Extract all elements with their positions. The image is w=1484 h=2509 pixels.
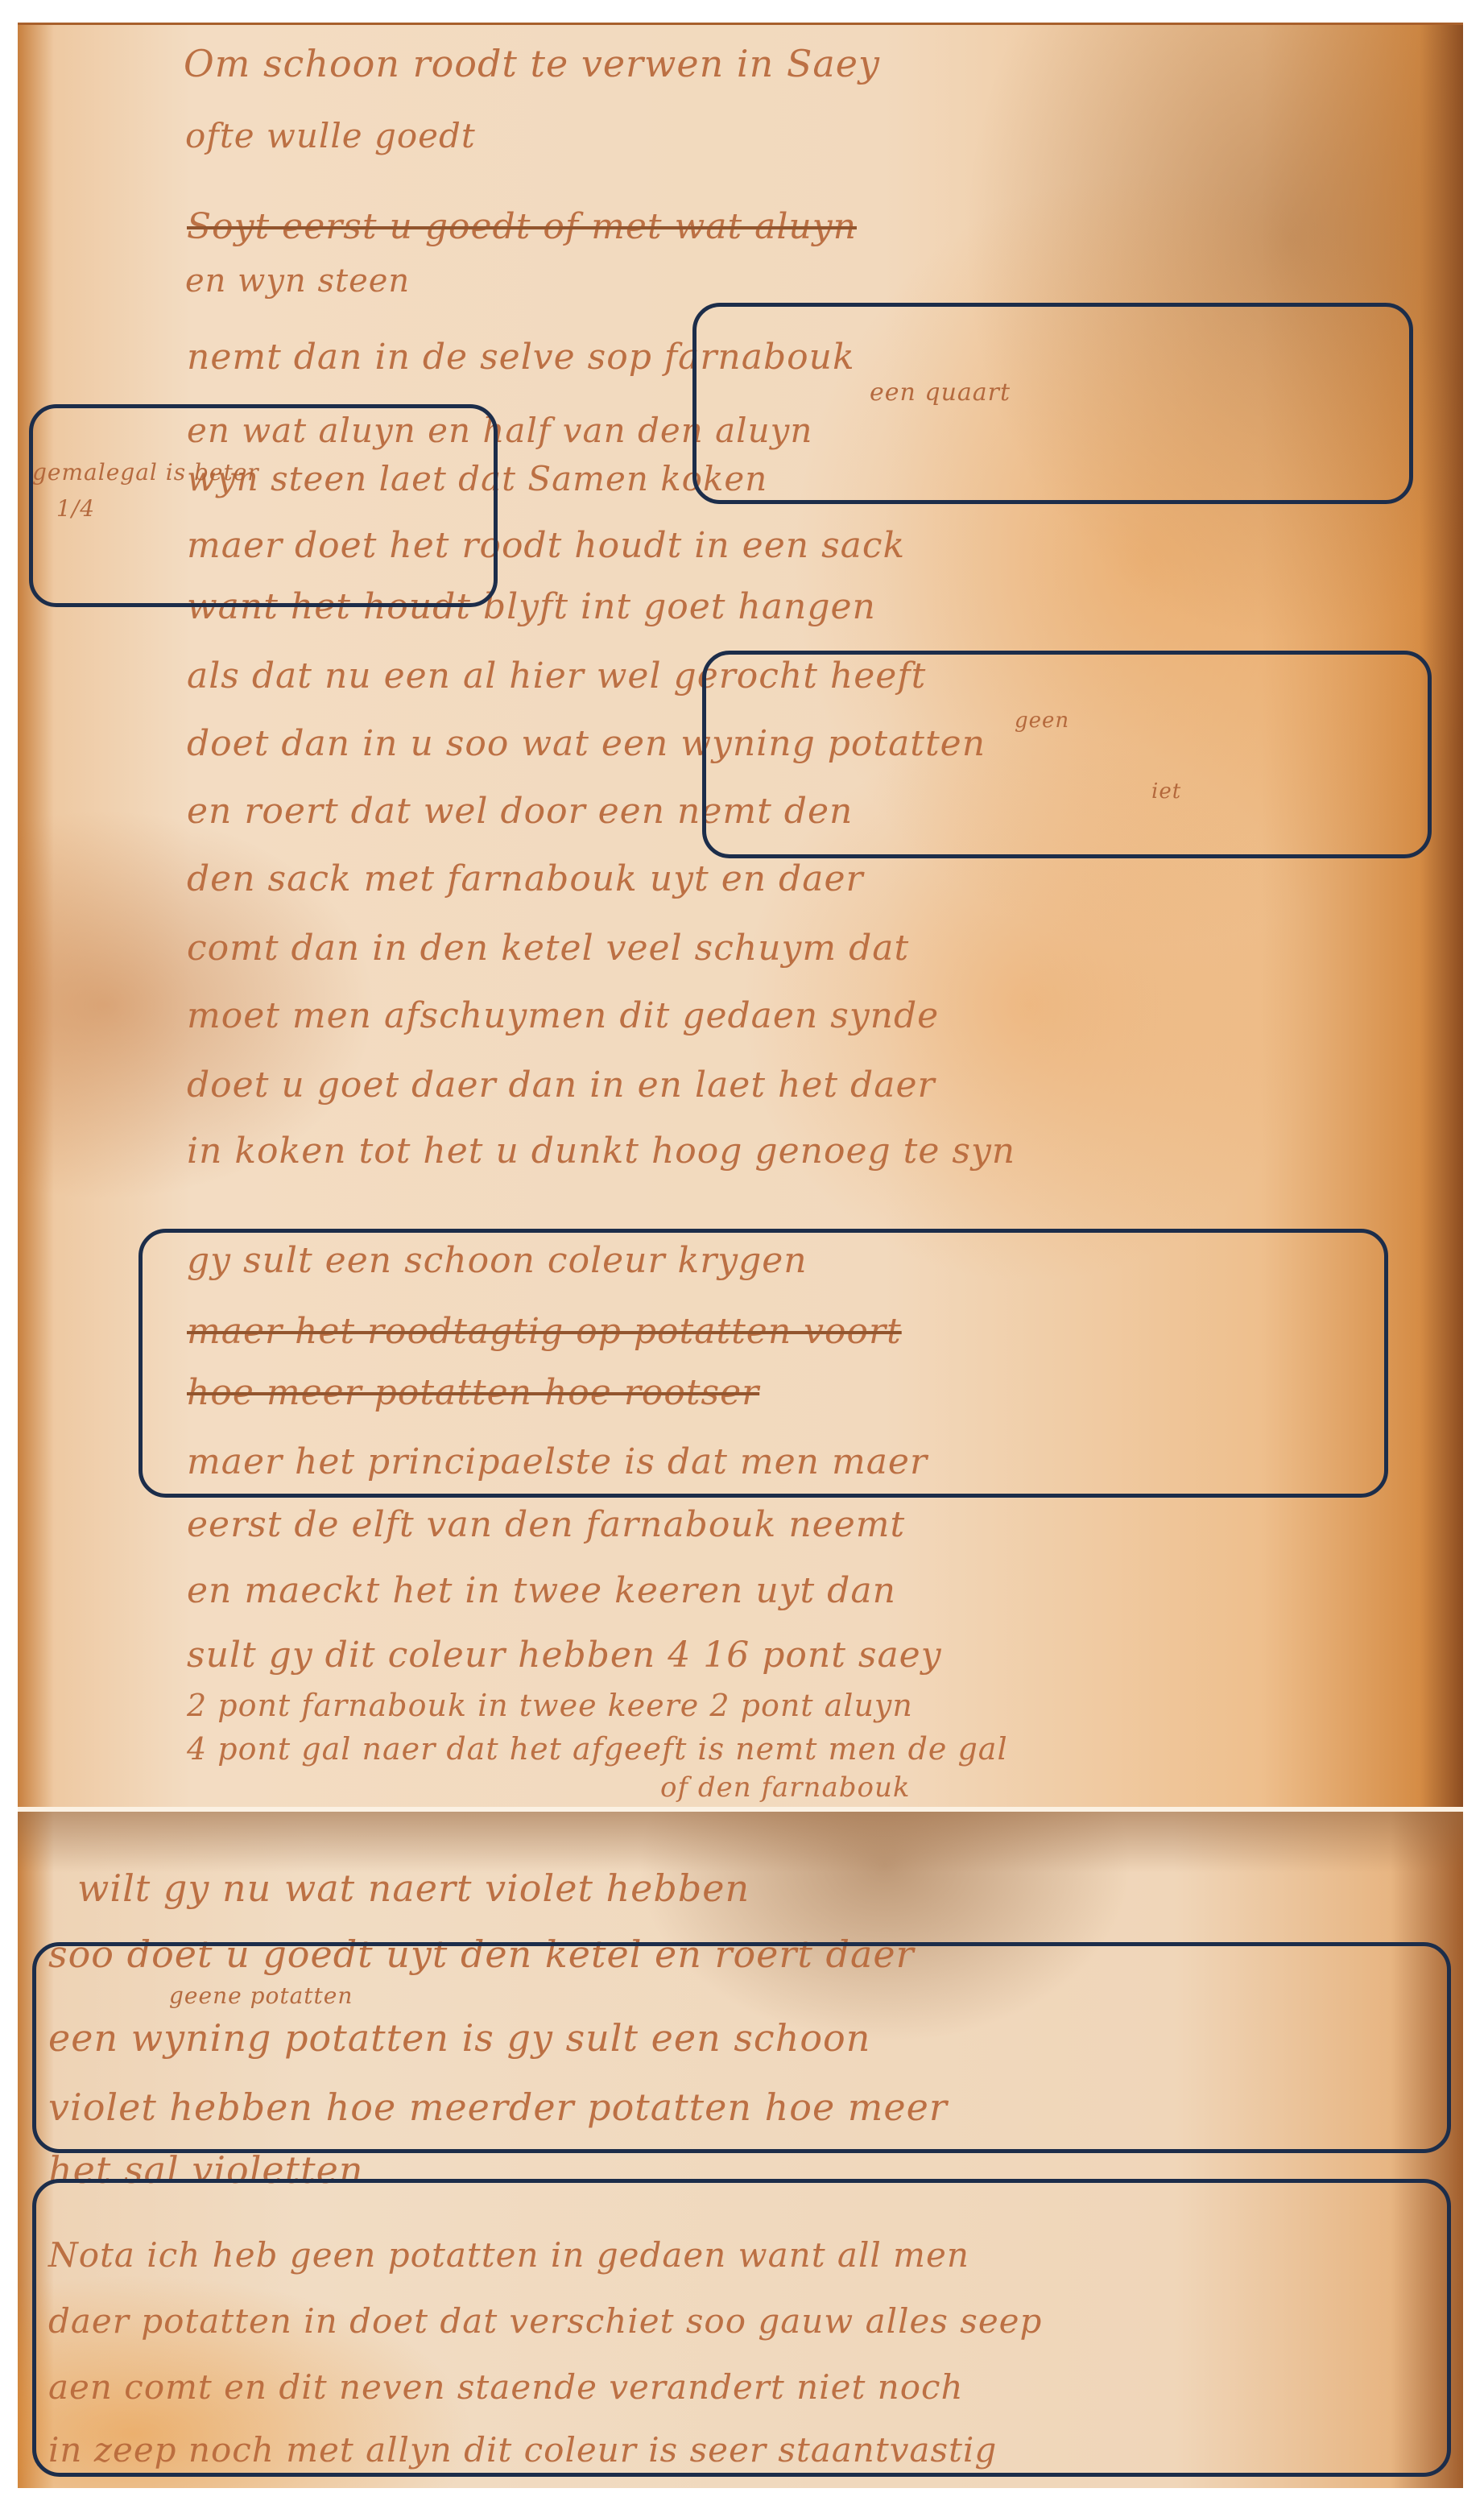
manuscript-line: Om schoon roodt te verwen in Saey: [184, 42, 880, 85]
manuscript-line: Soyt eerst u goedt of met wat aluyn: [187, 206, 857, 247]
manuscript-line: comt dan in den ketel veel schuym dat: [187, 928, 909, 969]
highlight-box-nota-passage: [32, 2179, 1451, 2477]
manuscript-line: sult gy dit coleur hebben 4 16 pont saey: [187, 1635, 942, 1676]
manuscript-line: 2 pont farnabouk in twee keere 2 pont al…: [187, 1688, 913, 1723]
highlight-box-revision-top-right: [692, 303, 1413, 504]
manuscript-line: of den farnabouk: [660, 1771, 910, 1804]
highlight-box-revision-middle-right: [702, 651, 1432, 858]
manuscript-line: en maeckt het in twee keeren uyt dan: [187, 1570, 896, 1611]
manuscript-line: doet u goet daer dan in en laet het daer: [187, 1064, 936, 1106]
manuscript-line: eerst de elft van den farnabouk neemt: [187, 1504, 905, 1545]
manuscript-line: en wyn steen: [185, 262, 410, 300]
manuscript-line: 4 pont gal naer dat het afgeeft is nemt …: [187, 1731, 1008, 1767]
highlight-box-revision-struck-passage: [138, 1229, 1388, 1498]
highlight-box-revision-violet-passage: [32, 1942, 1451, 2153]
manuscript-line: moet men afschuymen dit gedaen synde: [187, 995, 939, 1036]
manuscript-line: in koken tot het u dunkt hoog genoeg te …: [187, 1130, 1015, 1172]
highlight-box-revision-left-margin: [29, 404, 498, 607]
manuscript-line: wilt gy nu wat naert violet hebben: [77, 1866, 750, 1910]
manuscript-line: ofte wulle goedt: [185, 116, 476, 155]
manuscript-line: den sack met farnabouk uyt en daer: [187, 858, 864, 899]
